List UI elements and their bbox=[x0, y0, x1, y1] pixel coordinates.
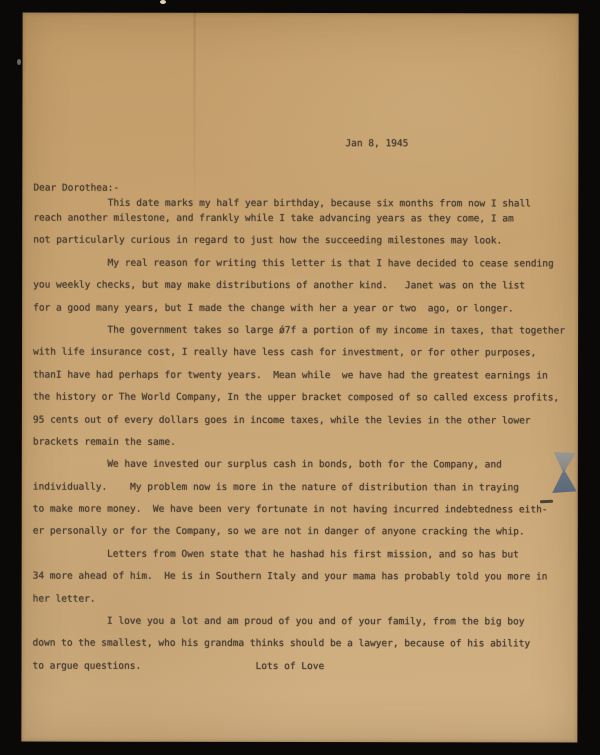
scan-speck-left bbox=[17, 59, 21, 65]
letter-line: to argue questions. Lots of Love bbox=[32, 660, 571, 683]
letter-body: This date marks my half year birthday, b… bbox=[32, 198, 572, 684]
letter-line: for a good many years, but I made the ch… bbox=[33, 302, 572, 325]
letter-line: the history or The World Company, In the… bbox=[33, 392, 572, 415]
letter-line: not particularly curious in regard to ju… bbox=[33, 235, 572, 258]
letter-line: 95 cents out of every dollars goes in in… bbox=[33, 414, 572, 437]
letter-line: down to the smallest, who his grandma th… bbox=[33, 638, 572, 661]
letter-line: you weekly checks, but may make distribu… bbox=[33, 280, 572, 303]
letter-line: My real reason for writing this letter i… bbox=[33, 257, 572, 280]
letter-text: Jan 8, 1945 Dear Dorothea:- This date ma… bbox=[32, 138, 572, 684]
letter-line: The government takes so large ǿ7f a port… bbox=[33, 324, 572, 347]
letter-line: Letters from Owen state that he hashad h… bbox=[33, 548, 572, 571]
letter-line: individually. My problem now is more in … bbox=[33, 481, 572, 504]
letter-paper: Jan 8, 1945 Dear Dorothea:- This date ma… bbox=[21, 13, 578, 743]
letter-line: to make more money. We have been very fo… bbox=[33, 504, 572, 527]
letter-line: reach another milestone, and frankly whi… bbox=[33, 213, 572, 236]
letter-line: brackets remain the same. bbox=[33, 436, 572, 459]
letter-line: thanI have had perhaps for twenty years.… bbox=[33, 369, 572, 392]
letter-line: her letter. bbox=[33, 593, 572, 616]
letter-line: 34 more ahead of him. He is in Southern … bbox=[33, 571, 572, 594]
letter-line: I love you a lot and am proud of you and… bbox=[33, 616, 572, 639]
letter-line: This date marks my half year birthday, b… bbox=[33, 198, 572, 214]
letter-line: er personally or for the Company, so we … bbox=[33, 526, 572, 549]
pen-dash-mark bbox=[540, 500, 553, 503]
letter-line: with life insurance cost, I really have … bbox=[33, 347, 572, 370]
letter-date: Jan 8, 1945 bbox=[345, 138, 572, 183]
letter-line: We have invested our surplus cash in bon… bbox=[33, 459, 572, 482]
scan-speck-top bbox=[160, 0, 166, 4]
letter-salutation: Dear Dorothea:- bbox=[33, 183, 572, 199]
